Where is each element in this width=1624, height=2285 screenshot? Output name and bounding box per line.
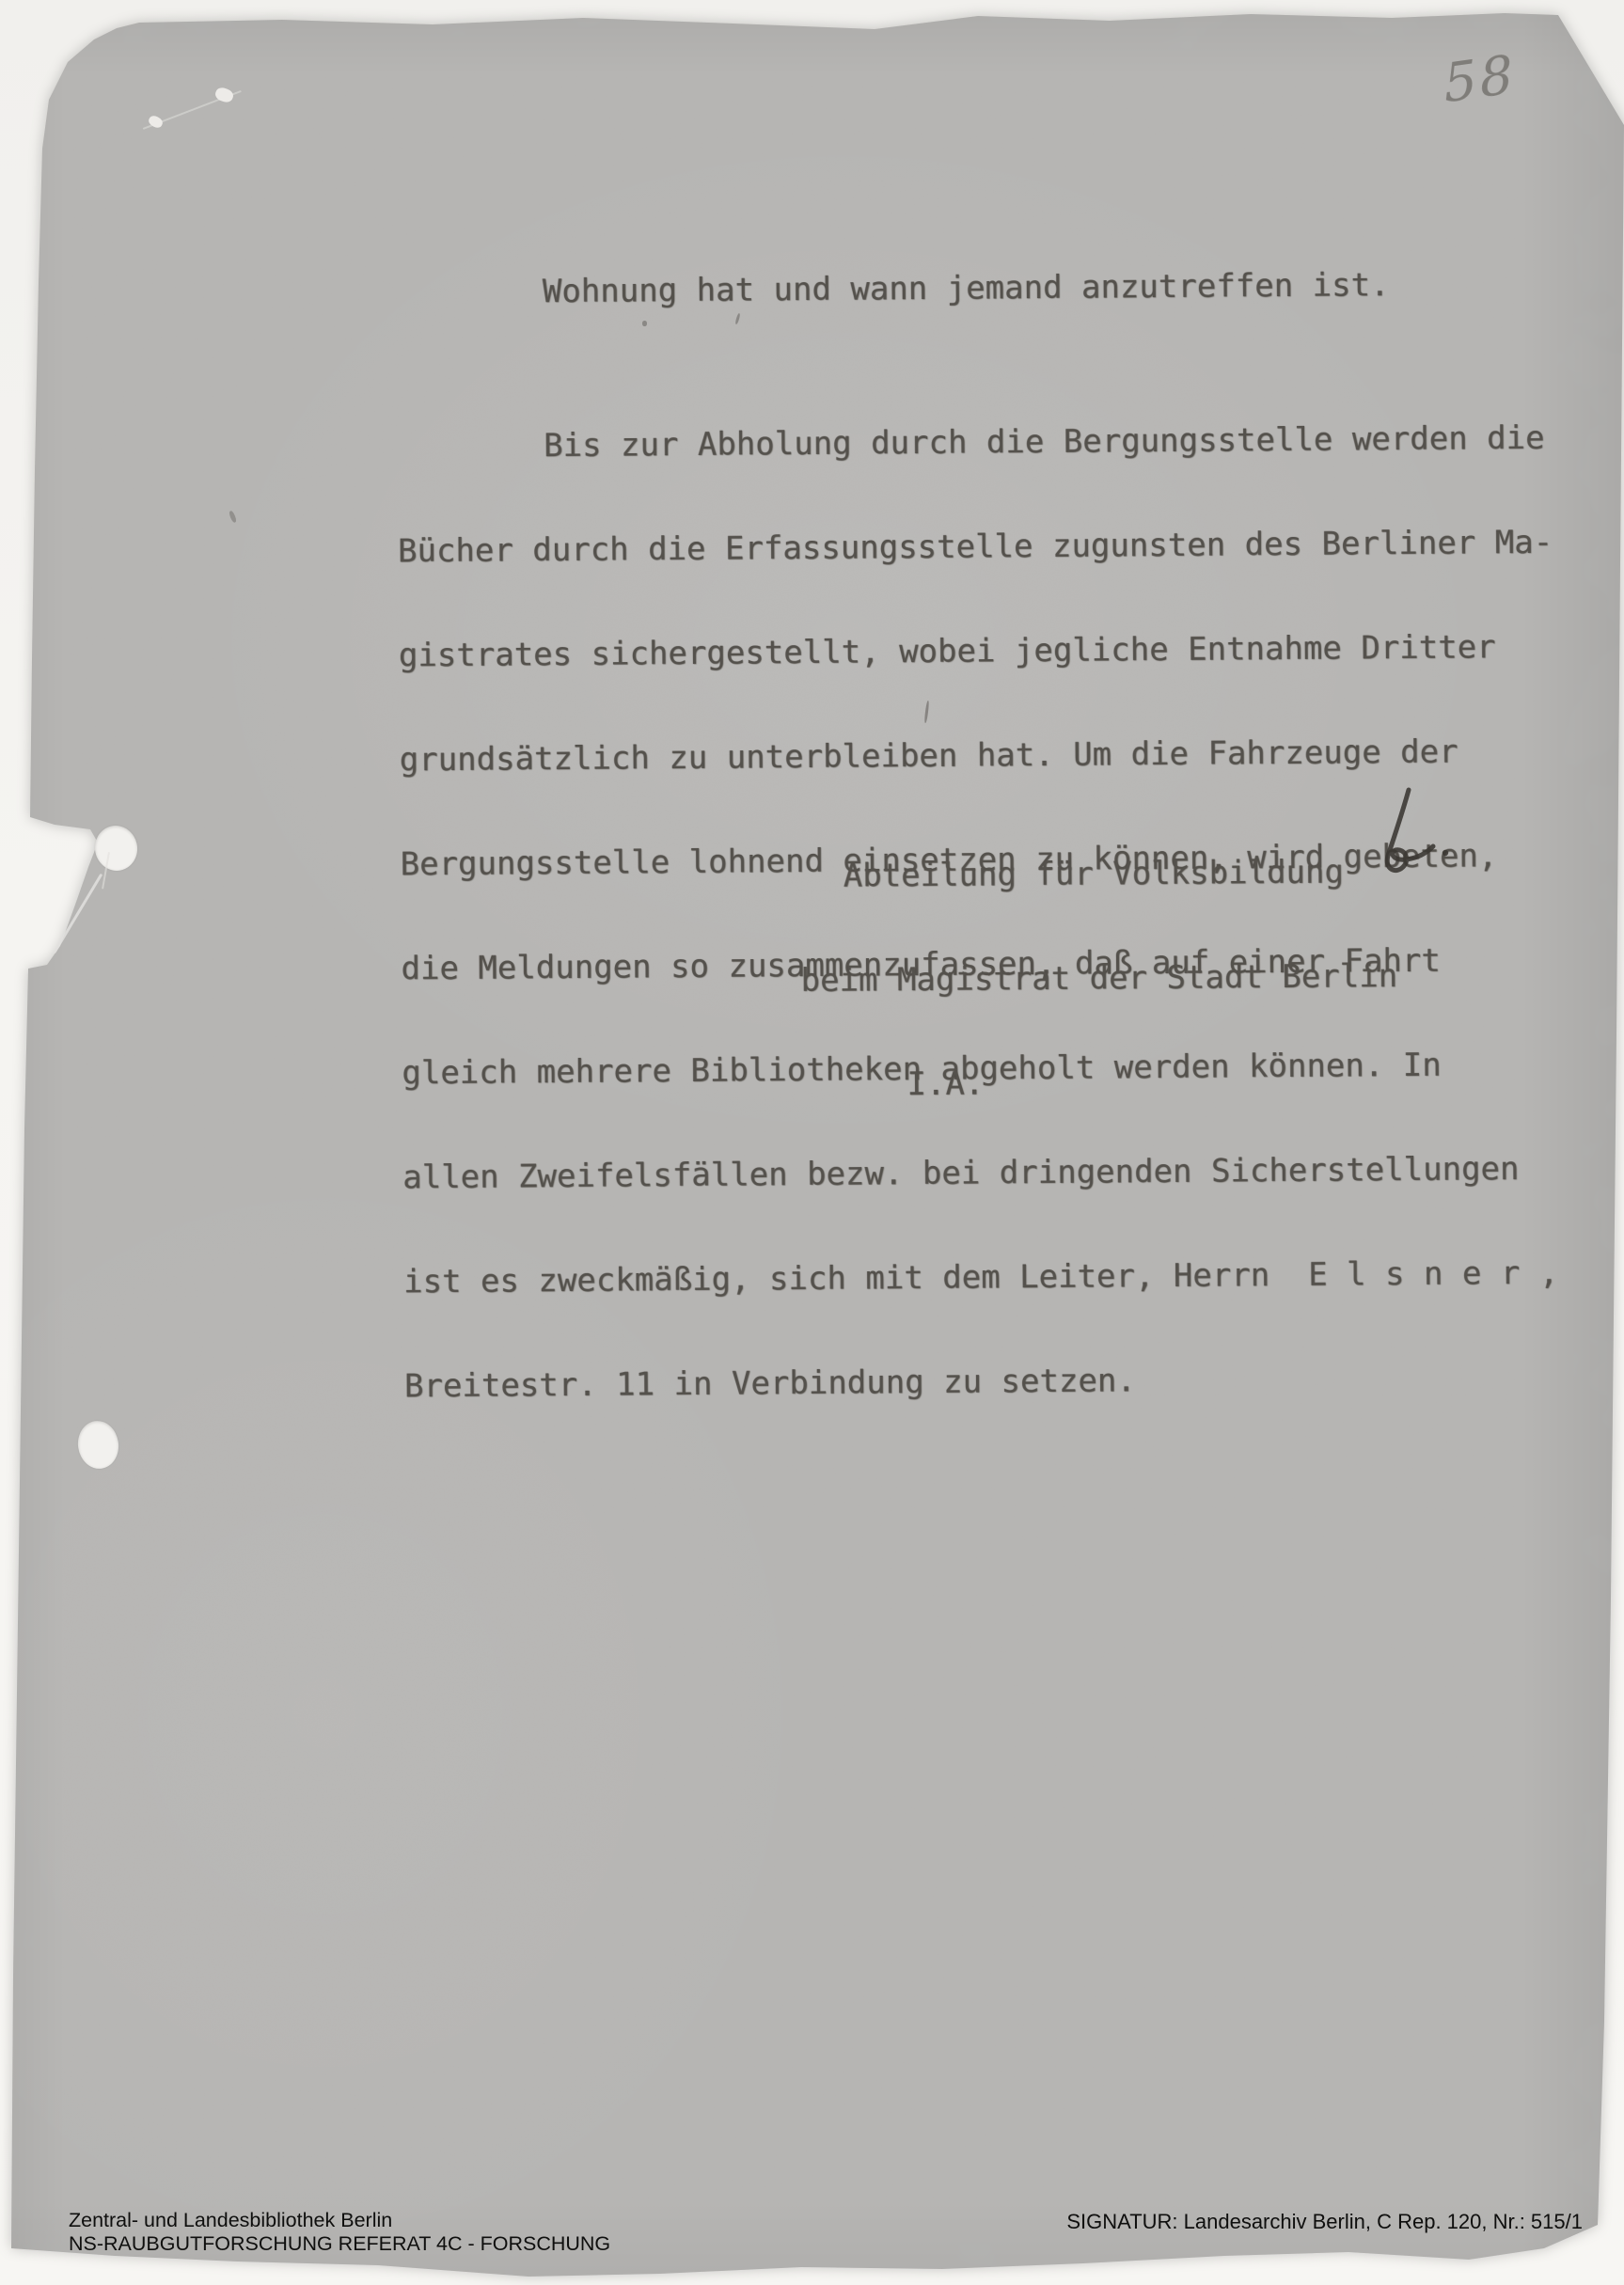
paragraph-line: Breitestr. 11 in Verbindung zu setzen. (404, 1360, 1599, 1404)
library-name: Zentral- und Landesbibliothek Berlin (69, 2209, 610, 2232)
paragraph-line: Bücher durch die Erfassungsstelle zuguns… (398, 525, 1592, 569)
signature-block: Abteilung für Volksbildung beim Magistra… (799, 785, 1399, 1173)
signature-line-ia: I.A. (801, 1064, 1398, 1103)
scanned-archive-document: Wohnung hat und wann jemand anzutreffen … (0, 0, 1624, 2285)
handwritten-page-number: 58 (1442, 44, 1518, 116)
handwritten-paraph-icon (1365, 784, 1459, 886)
library-provenance-stamp: Zentral- und Landesbibliothek Berlin NS-… (69, 2209, 610, 2255)
paragraph-line: gistrates sichergestellt, wobei jegliche… (399, 629, 1593, 673)
paragraph-line: ist es zweckmäßig, sich mit dem Leiter, … (403, 1255, 1598, 1300)
research-department: NS-RAUBGUTFORSCHUNG REFERAT 4C - FORSCHU… (69, 2232, 610, 2256)
archive-signature-stamp: SIGNATUR: Landesarchiv Berlin, C Rep. 12… (1066, 2210, 1583, 2234)
signature-line-authority: beim Magistrat der Stadt Berlin (801, 959, 1398, 999)
typewritten-text-layer: Wohnung hat und wann jemand anzutreffen … (0, 0, 1624, 2285)
signature-line-department: Abteilung für Volksbildung (800, 855, 1397, 894)
paragraph-line: Bis zur Abholung durch die Bergungsstell… (397, 420, 1591, 465)
sentence-fragment-line: Wohnung hat und wann jemand anzutreffen … (543, 268, 1390, 309)
paragraph-line: grundsätzlich zu unterbleiben hat. Um di… (400, 733, 1594, 778)
